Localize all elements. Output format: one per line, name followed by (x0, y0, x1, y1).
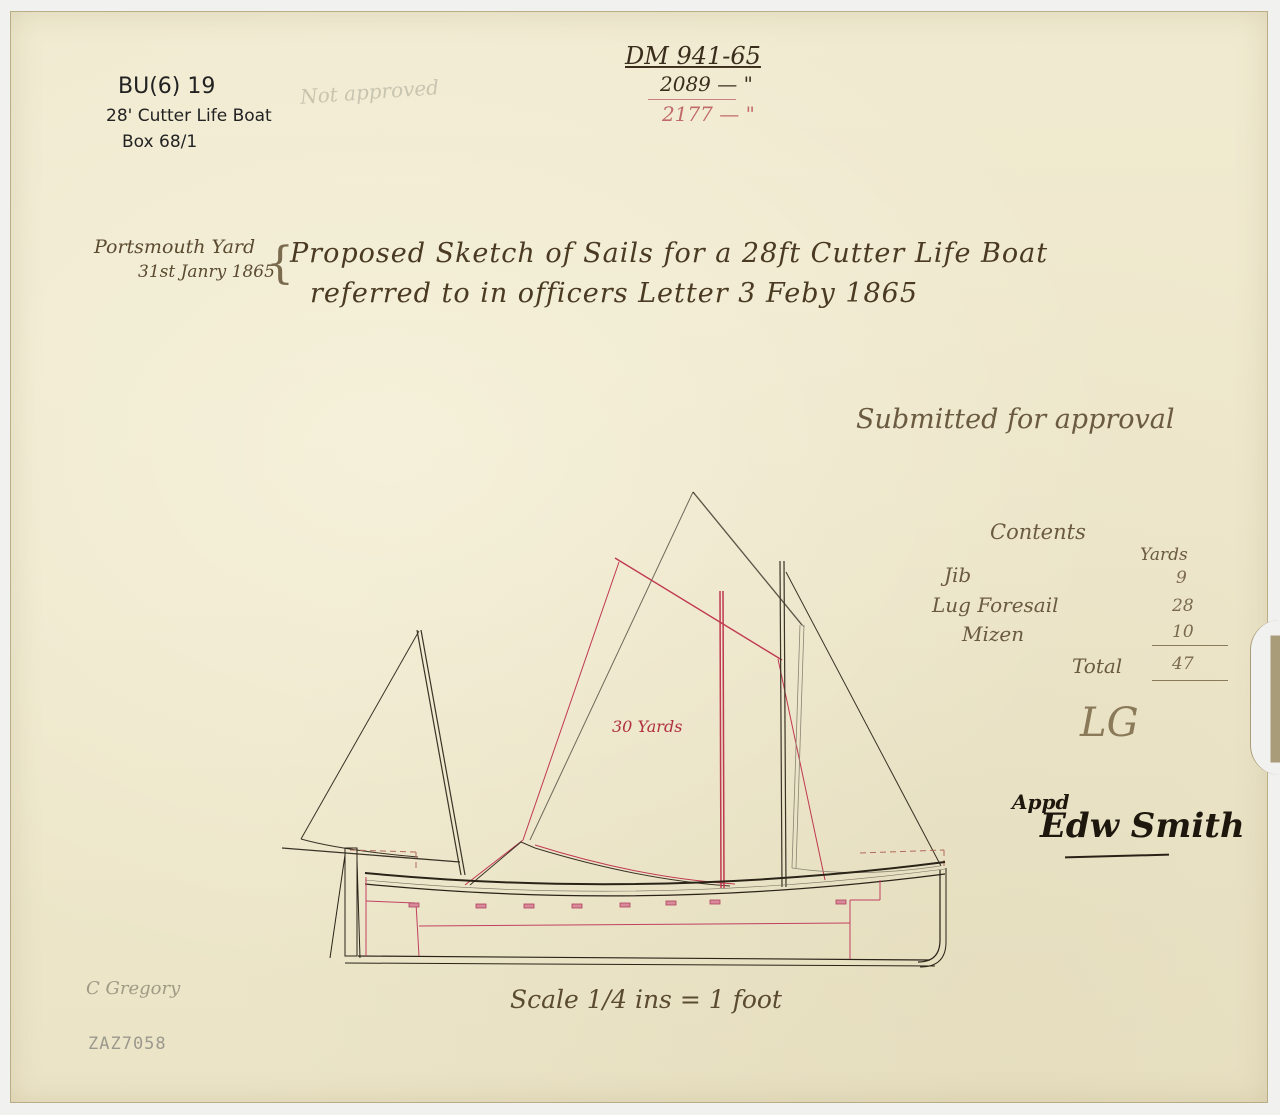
total-rule-top (1152, 645, 1228, 646)
total-label: Total (1072, 654, 1122, 678)
approver-signature: Edw Smith (1040, 806, 1245, 846)
thwart-marks (409, 900, 846, 908)
contents-row-value: 10 (1172, 622, 1194, 642)
submitted-note: Submitted for approval (856, 404, 1175, 435)
hull (330, 848, 946, 967)
reference-number-2: 2089 — " (660, 72, 753, 96)
draughtsman-signature: C Gregory (86, 978, 180, 999)
contents-row-value: 9 (1176, 568, 1187, 588)
yards-header: Yards (1140, 545, 1188, 565)
scale-note: Scale 1/4 ins = 1 foot (510, 985, 782, 1014)
mizen-sail (780, 561, 941, 887)
contents-row-label: Jib (944, 563, 971, 587)
reference-underline (650, 67, 758, 68)
origin-date: 31st Janry 1865 (138, 262, 275, 282)
reference-number-3: 2177 — " (662, 102, 755, 126)
archive-box-number: Box 68/1 (122, 132, 197, 152)
archive-reference: BU(6) 19 (118, 74, 215, 99)
archive-title: 28' Cutter Life Boat (106, 106, 272, 126)
contents-row-value: 28 (1172, 596, 1194, 616)
approver-initials: LG (1080, 700, 1139, 746)
sail-area-label: 30 Yards (612, 717, 682, 736)
reference-red-underline (648, 99, 736, 100)
reference-number-1: DM 941-65 (625, 42, 761, 70)
sail-plan-drawing (0, 0, 1280, 1115)
contents-row-label: Mizen (962, 622, 1024, 646)
lug-foresail (465, 492, 825, 886)
total-rule-bottom (1152, 680, 1228, 681)
total-value: 47 (1172, 654, 1194, 674)
bowsprit (282, 848, 460, 862)
jib-sail (301, 630, 465, 875)
contents-title: Contents (990, 520, 1086, 544)
contents-row-label: Lug Foresail (932, 593, 1059, 617)
catalogue-number: ZAZ7058 (88, 1034, 167, 1054)
origin-yard: Portsmouth Yard (94, 236, 255, 258)
document-subtitle: referred to in officers Letter 3 Feby 18… (310, 278, 918, 309)
document-title: Proposed Sketch of Sails for a 28ft Cutt… (290, 238, 1048, 269)
red-mast (720, 591, 724, 888)
internal-structure (366, 877, 880, 959)
